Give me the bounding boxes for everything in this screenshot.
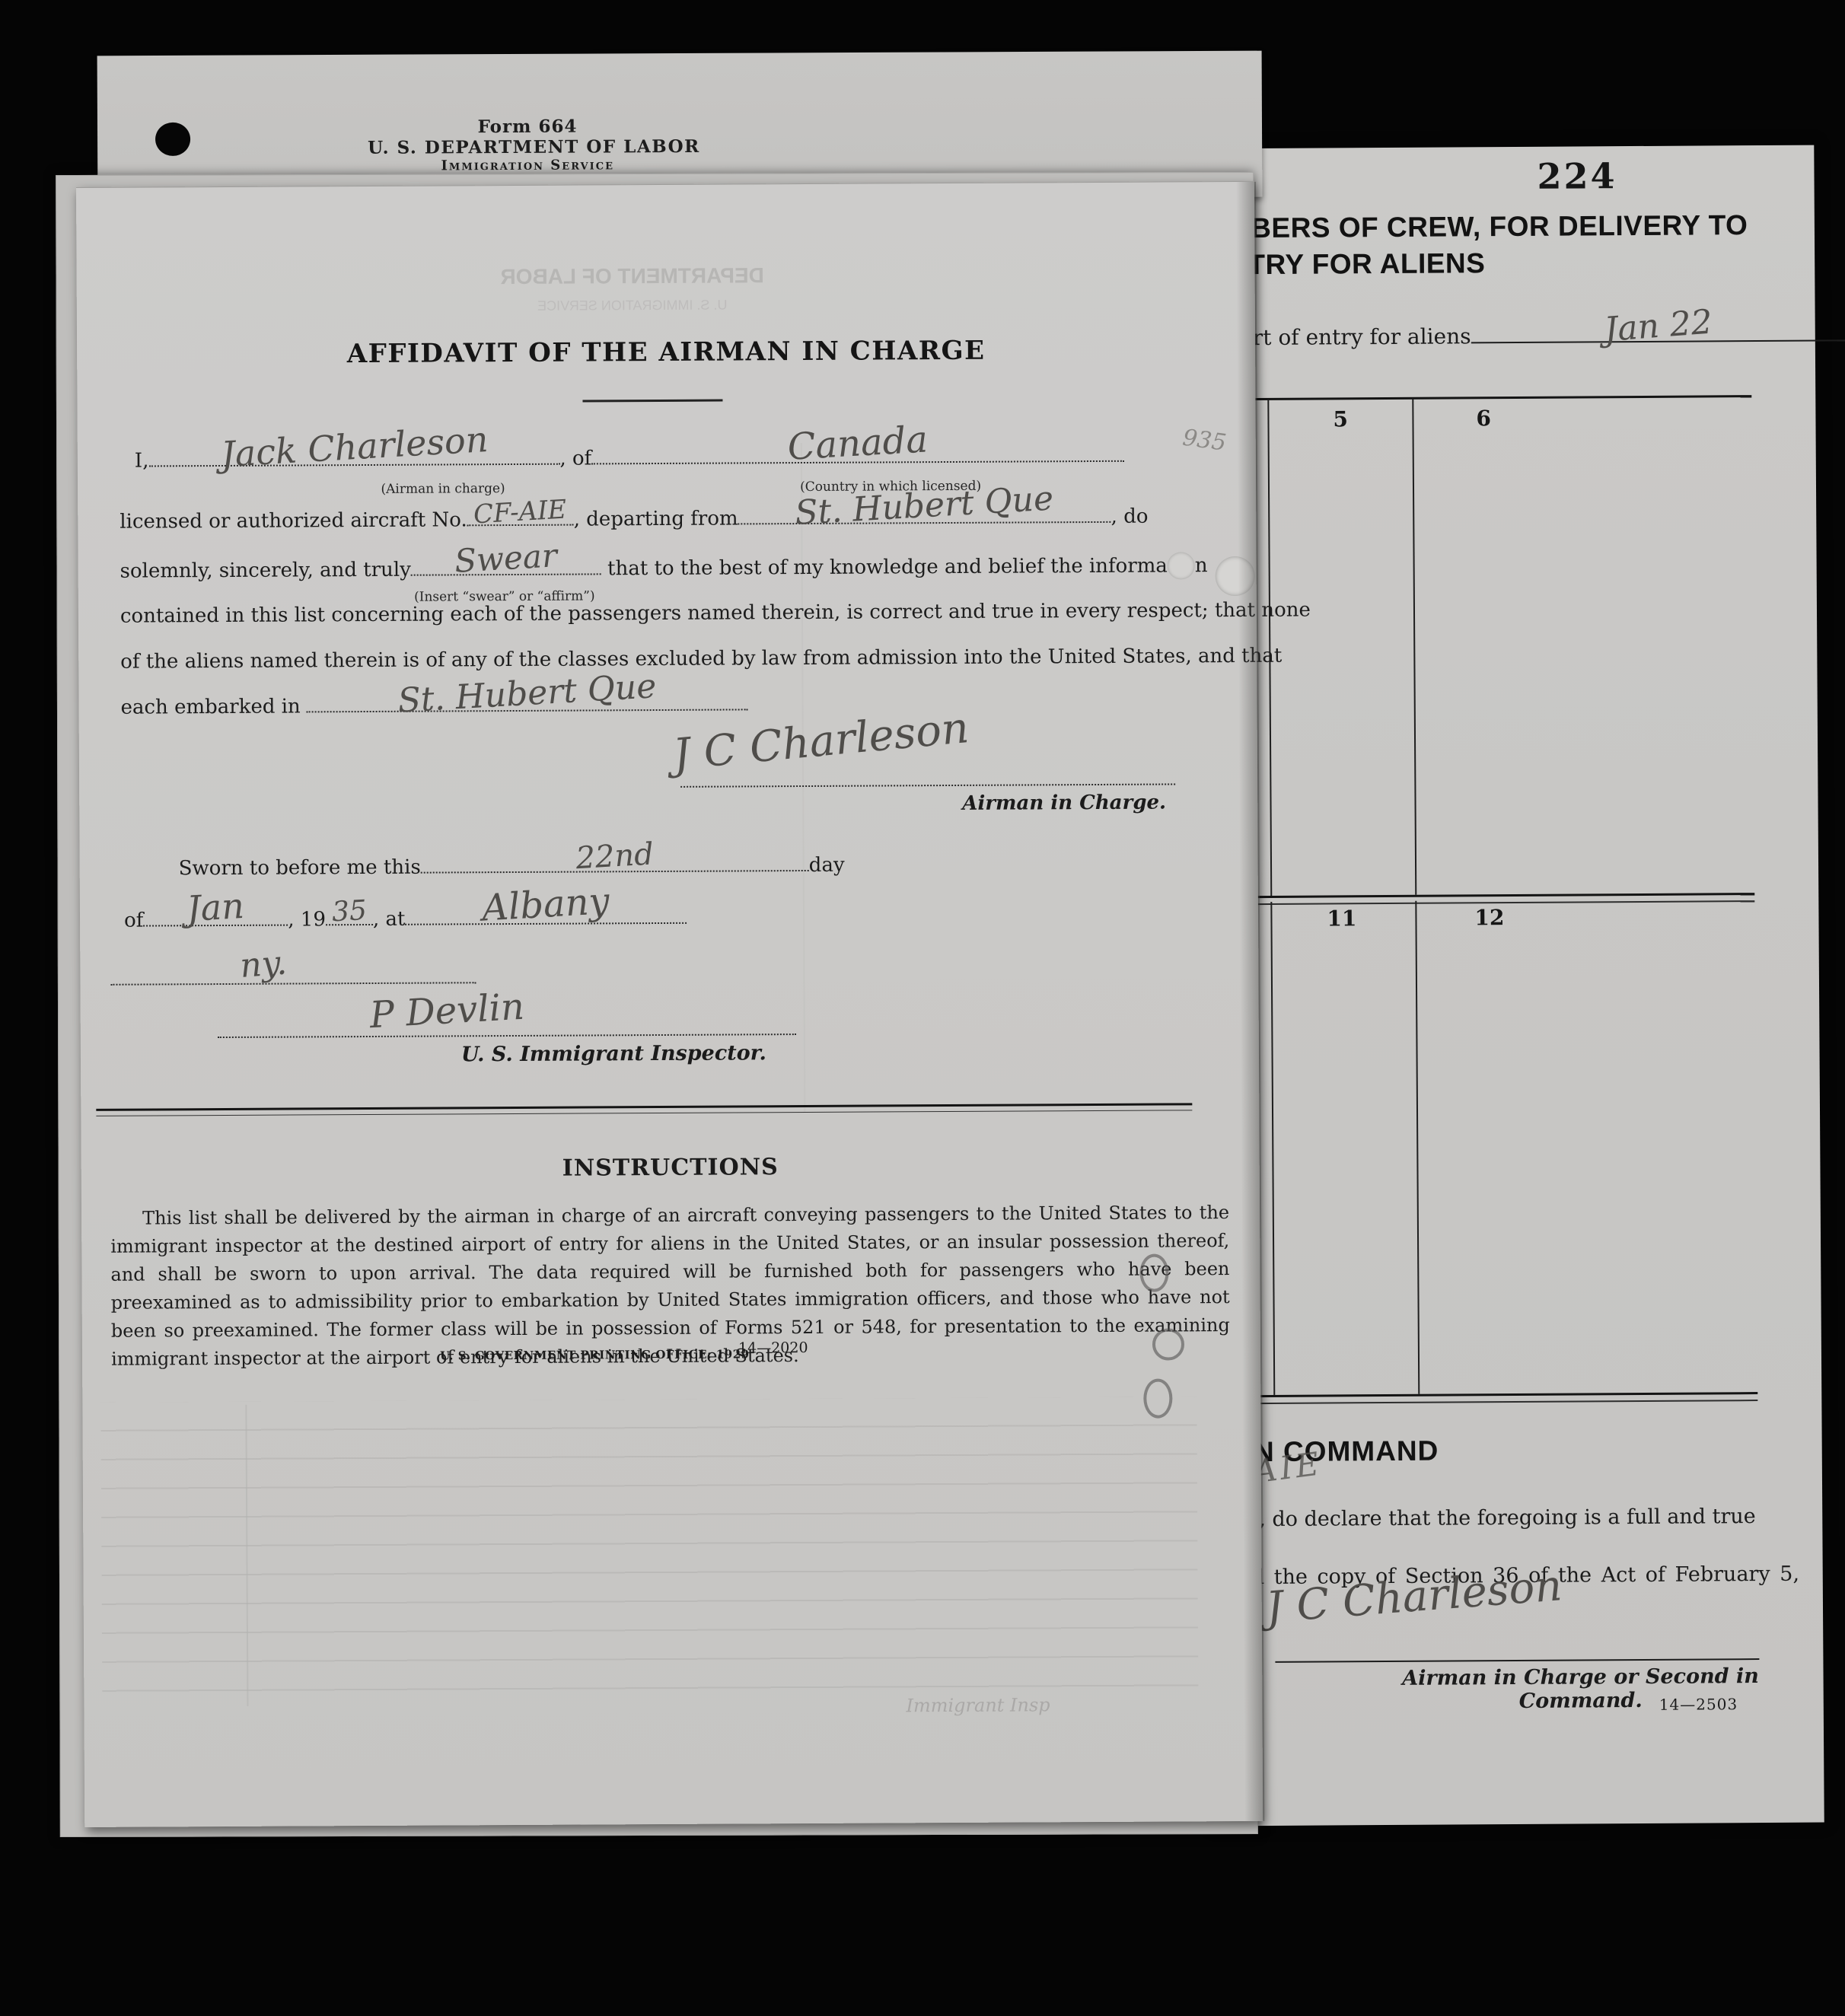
inspector-signature-line bbox=[218, 1033, 796, 1038]
embarked-place-field: St. Hubert Que bbox=[307, 709, 748, 712]
bleed-through-rule bbox=[801, 443, 806, 1113]
airman-name-caption: (Airman in charge) bbox=[381, 481, 505, 497]
crew-signature-line bbox=[1275, 1658, 1759, 1663]
line1-prefix: I, bbox=[135, 450, 149, 473]
hole-punch-main bbox=[1216, 556, 1255, 596]
line2-prefix: licensed or authorized aircraft No. bbox=[119, 508, 467, 533]
scanned-document-stack: 224 MBERS OF CREW, FOR DELIVERY TO NTRY … bbox=[0, 0, 1845, 2016]
print-code: 14—2020 bbox=[738, 1339, 808, 1356]
airman-name-field: Jack Charleson bbox=[148, 463, 559, 467]
state-handwriting: ny. bbox=[239, 943, 288, 985]
page-number: 224 bbox=[1537, 155, 1617, 197]
hole-punch bbox=[155, 123, 190, 156]
ink-smudge bbox=[1139, 1254, 1168, 1292]
form-header-block: Form 664 U. S. DEPARTMENT OF LABOR Immig… bbox=[368, 116, 687, 174]
line1-of: , of bbox=[559, 447, 591, 470]
year-handwriting: 35 bbox=[331, 895, 368, 928]
crew-heading-line2: NTRY FOR ALIENS bbox=[1227, 247, 1485, 281]
airman-signature-label: Airman in Charge. bbox=[962, 791, 1166, 815]
bleed-through-text: DEPARTMENT OF LABOR bbox=[488, 263, 777, 289]
at-label: , at bbox=[373, 908, 406, 931]
airman-signature-line bbox=[680, 783, 1175, 787]
affidavit-line6: each embarked in St. Hubert Que bbox=[121, 693, 749, 718]
sworn-prefix: Sworn to before me this bbox=[179, 856, 421, 881]
affidavit-line4: contained in this list concerning each o… bbox=[120, 599, 1311, 628]
country-field: Canada bbox=[591, 460, 1124, 465]
column-header-6: 6 bbox=[1476, 406, 1491, 431]
department-name: U. S. DEPARTMENT OF LABOR bbox=[368, 136, 687, 158]
sworn-day-handwriting: 22nd bbox=[575, 836, 655, 876]
line3-prefix: solemnly, sincerely, and truly bbox=[120, 559, 411, 583]
ink-smudge bbox=[1143, 1378, 1172, 1418]
line2-mid: , departing from bbox=[574, 507, 738, 530]
column-header-12: 12 bbox=[1474, 905, 1504, 930]
line3-suffix: that to the best of my knowledge and bel… bbox=[607, 554, 1168, 580]
section-divider-rule bbox=[96, 1103, 1192, 1116]
declare-line: , do declare that the foregoing is a ful… bbox=[1215, 1505, 1756, 1531]
affidavit-title: AFFIDAVIT OF THE AIRMAN IN CHARGE bbox=[77, 334, 1255, 371]
port-of-entry-line: r port of entry for aliensJan 22, 1935 bbox=[1209, 320, 1845, 350]
port-date-handwriting: Jan 22 bbox=[1603, 303, 1714, 350]
line2-suffix: , do bbox=[1111, 505, 1149, 528]
pencil-note: 935 bbox=[1181, 425, 1228, 457]
affidavit-line1: I,Jack Charleson, ofCanada bbox=[135, 444, 1124, 473]
year-prefix: , 19 bbox=[288, 908, 326, 931]
instructions-title: INSTRUCTIONS bbox=[81, 1151, 1260, 1184]
year-field: 35 bbox=[326, 924, 373, 925]
inspector-signature-label: U. S. Immigrant Inspector. bbox=[461, 1041, 766, 1066]
crew-table2-bottom-rule bbox=[1211, 1392, 1757, 1404]
ink-smudge bbox=[1152, 1328, 1184, 1360]
line3-end: n bbox=[1195, 554, 1208, 577]
service-name: Immigration Service bbox=[368, 157, 687, 174]
declare-text: , do declare that the foregoing is a ful… bbox=[1259, 1505, 1756, 1531]
month-field: Jan bbox=[143, 925, 288, 927]
city-field: Albany bbox=[405, 922, 687, 925]
affidavit-line3: solemnly, sincerely, and trulySwear that… bbox=[120, 552, 1208, 584]
title-rule bbox=[582, 400, 722, 403]
affidavit-line5: of the aliens named therein is of any of… bbox=[120, 645, 1282, 674]
gpo-imprint: U. S. GOVERNMENT PRINTING OFFICE: 1929 bbox=[440, 1347, 750, 1362]
crew-table1-rows bbox=[1206, 442, 1755, 896]
hole-punch-through-text bbox=[1168, 552, 1195, 579]
airman-name-handwriting: Jack Charleson bbox=[219, 419, 489, 475]
line6-prefix: each embarked in bbox=[121, 695, 301, 718]
crew-list-page: 224 MBERS OF CREW, FOR DELIVERY TO NTRY … bbox=[1203, 145, 1824, 1827]
embarked-place-handwriting: St. Hubert Que bbox=[397, 667, 658, 720]
bleed-through-ruling bbox=[100, 1397, 1198, 1707]
sworn-day-field: 22nd bbox=[421, 870, 809, 874]
crew-heading-line1: MBERS OF CREW, FOR DELIVERY TO bbox=[1227, 209, 1748, 244]
city-handwriting: Albany bbox=[481, 880, 610, 930]
month-handwriting: Jan bbox=[186, 885, 245, 929]
swear-field: Swear bbox=[411, 573, 601, 575]
column-header-5: 5 bbox=[1333, 406, 1348, 432]
of-prefix: of bbox=[124, 909, 143, 932]
inspector-signature-handwriting: P Devlin bbox=[368, 986, 525, 1037]
bleed-through-text-3: Immigrant Insp bbox=[906, 1694, 1050, 1716]
column-header-11: 11 bbox=[1327, 906, 1356, 931]
sworn-date-line: ofJan, 1935, atAlbany bbox=[124, 906, 687, 932]
bleed-through-text-2: U. S. IMMIGRATION SERVICE bbox=[503, 297, 762, 314]
affidavit-line2: licensed or authorized aircraft No.CF-AI… bbox=[119, 505, 1148, 533]
port-date-field: Jan 22 bbox=[1471, 339, 1845, 343]
swear-handwriting: Swear bbox=[454, 537, 558, 580]
aircraft-number-handwriting-main: CF-AIE bbox=[473, 494, 567, 530]
sworn-suffix: day bbox=[809, 854, 845, 877]
form-number: Form 664 bbox=[368, 116, 687, 138]
departure-place-field: St. Hubert Que bbox=[738, 521, 1111, 525]
crew-table1-top-rule bbox=[1205, 395, 1751, 400]
crew-print-code: 14—2503 bbox=[1659, 1695, 1738, 1714]
crew-table2-rows bbox=[1209, 937, 1758, 1392]
sworn-line: Sworn to before me this22ndday bbox=[179, 854, 845, 881]
state-line bbox=[110, 982, 476, 986]
country-handwriting: Canada bbox=[787, 418, 929, 469]
aircraft-number-field: CF-AIE bbox=[467, 524, 574, 527]
affidavit-page: DEPARTMENT OF LABOR U. S. IMMIGRATION SE… bbox=[76, 181, 1263, 1827]
